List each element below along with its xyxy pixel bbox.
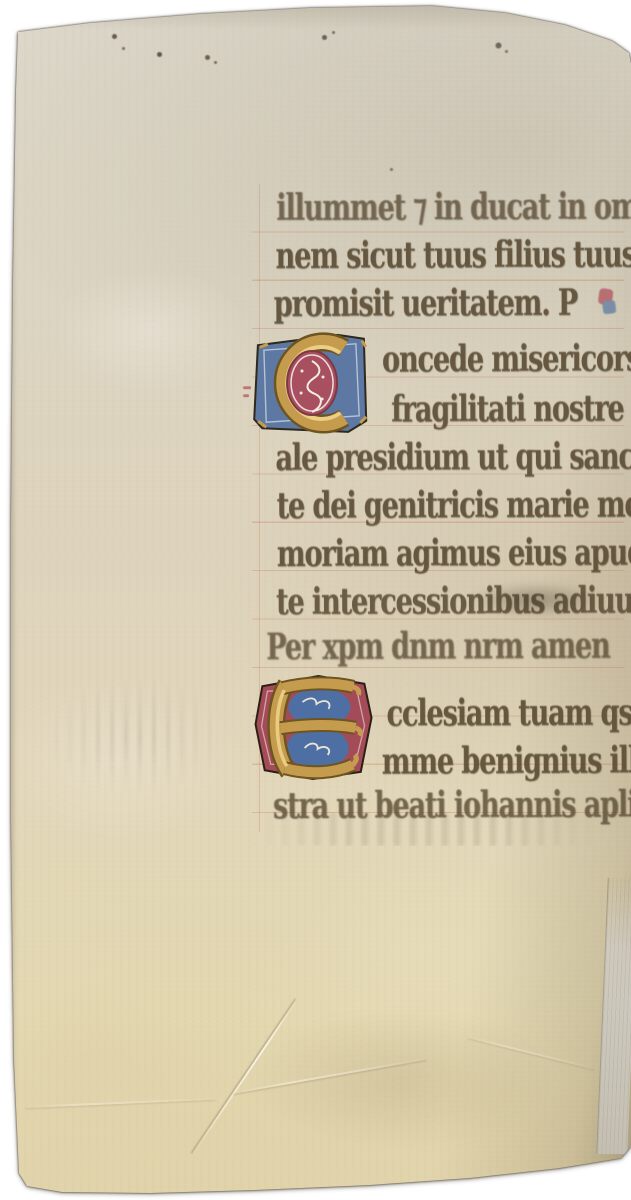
text-line: cclesiam tuam qs do — [386, 690, 631, 734]
illuminated-initial-c-icon: C — [252, 331, 370, 436]
text-line: ale presidium ut qui sanc — [275, 435, 631, 479]
text-block: illummet ⁊ in ducat in om nem sicut tuus… — [0, 0, 631, 1200]
text-line: mme benignius illus — [382, 738, 631, 782]
parchment-page: illummet ⁊ in ducat in om nem sicut tuus… — [0, 0, 631, 1200]
text-line: Per xpm dnm nrm amen — [266, 624, 610, 668]
text-line: oncede misericors deus — [382, 336, 631, 380]
margin-mark — [243, 386, 253, 404]
text-line: fragilitati nostre spu — [391, 386, 631, 430]
ink-speck-cluster — [0, 0, 3, 3]
paraph-blue-blob — [602, 300, 616, 314]
text-line: illummet ⁊ in ducat in om — [276, 185, 631, 229]
page-wrap: illummet ⁊ in ducat in om nem sicut tuus… — [0, 0, 631, 1200]
bleedthrough-ghost-text — [250, 812, 600, 846]
text-line: moriam agimus eius apud — [277, 531, 631, 576]
text-line: nem sicut tuus filius tuus — [275, 233, 631, 277]
paraph-mark — [597, 287, 621, 317]
manuscript-photo: illummet ⁊ in ducat in om nem sicut tuus… — [0, 0, 631, 1200]
text-line: te dei genitricis marie me — [276, 483, 631, 527]
text-line: promisit ueritatem. P — [274, 281, 578, 325]
illuminated-initial-e-icon: E — [252, 674, 374, 783]
bleedthrough-ghost-text — [40, 676, 230, 796]
